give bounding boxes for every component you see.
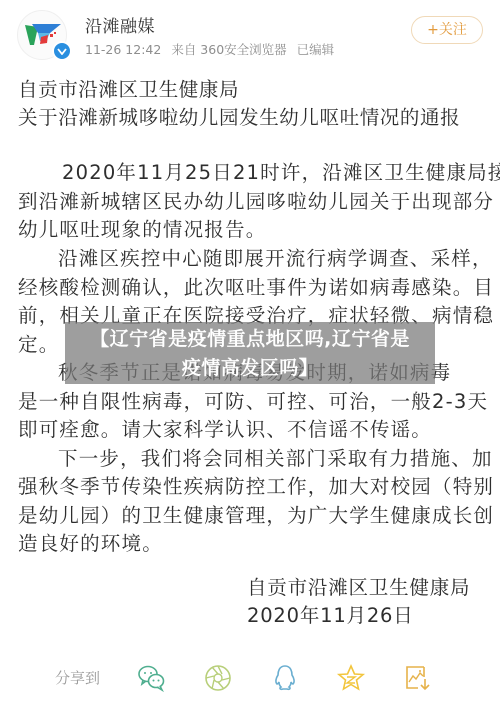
verified-badge-icon [52,41,72,61]
body-line: 下一步，我们将会同相关部门采取有力措施、加 [58,443,493,471]
signature-org: 自贡市沿滩区卫生健康局 [247,572,470,600]
caption-line-2: 疫情高发区吗】 [65,354,435,383]
body-line: 造良好的环境。 [18,528,163,556]
body-line: 沿滩区疾控中心随即展开流行病学调查、采样， [58,243,493,271]
body-line: 到沿滩新城辖区民办幼儿园哆啦幼儿园关于出现部分 [18,186,494,214]
wechat-icon[interactable] [137,663,167,693]
body-line: 经核酸检测确认，此次呕吐事件为诺如病毒感染。目 [18,272,494,300]
body-line: 定。 [18,329,59,357]
doc-heading-title: 关于沿滩新城哆啦幼儿园发生幼儿呕吐情况的通报 [18,102,460,130]
body-line: 2020年11月25日21时许，沿滩区卫生健康局接 [62,157,500,185]
body-line: 即可痊愈。请大家科学认识、不信谣不传谣。 [18,414,432,442]
account-name[interactable]: 沿滩融媒 [85,12,155,37]
caption-overlay: 【辽宁省是疫情重点地区吗,辽宁省是 疫情高发区吗】 [65,322,435,384]
signature-date: 2020年11月26日 [247,600,414,628]
post-timestamp: 11-26 12:42 [85,42,161,57]
post-header: 沿滩融媒 11-26 12:42 来自 360安全浏览器 已编辑 +关注 [0,0,500,66]
caption-line-1: 【辽宁省是疫情重点地区吗,辽宁省是 [65,325,435,354]
qq-icon[interactable] [270,663,300,693]
doc-heading-org: 自贡市沿滩区卫生健康局 [18,74,239,102]
body-line: 是一种自限性病毒，可防、可控、可治，一般2-3天 [18,386,488,414]
edited-label: 已编辑 [297,42,335,57]
save-image-icon[interactable] [402,663,432,693]
qzone-icon[interactable] [336,663,366,693]
follow-button[interactable]: +关注 [411,16,483,44]
body-line: 是幼儿园）的卫生健康管理，为广大学生健康成长创 [18,500,494,528]
body-line: 幼儿呕吐现象的情况报告。 [18,214,266,242]
body-line: 强秋冬季节传染性疾病防控工作，加大对校园（特别 [18,471,494,499]
moments-icon[interactable] [203,663,233,693]
post-source: 来自 360安全浏览器 [171,42,286,57]
share-bar: 分享到 [0,655,500,700]
share-label: 分享到 [55,667,100,688]
post-meta: 11-26 12:42 来自 360安全浏览器 已编辑 [85,40,340,58]
